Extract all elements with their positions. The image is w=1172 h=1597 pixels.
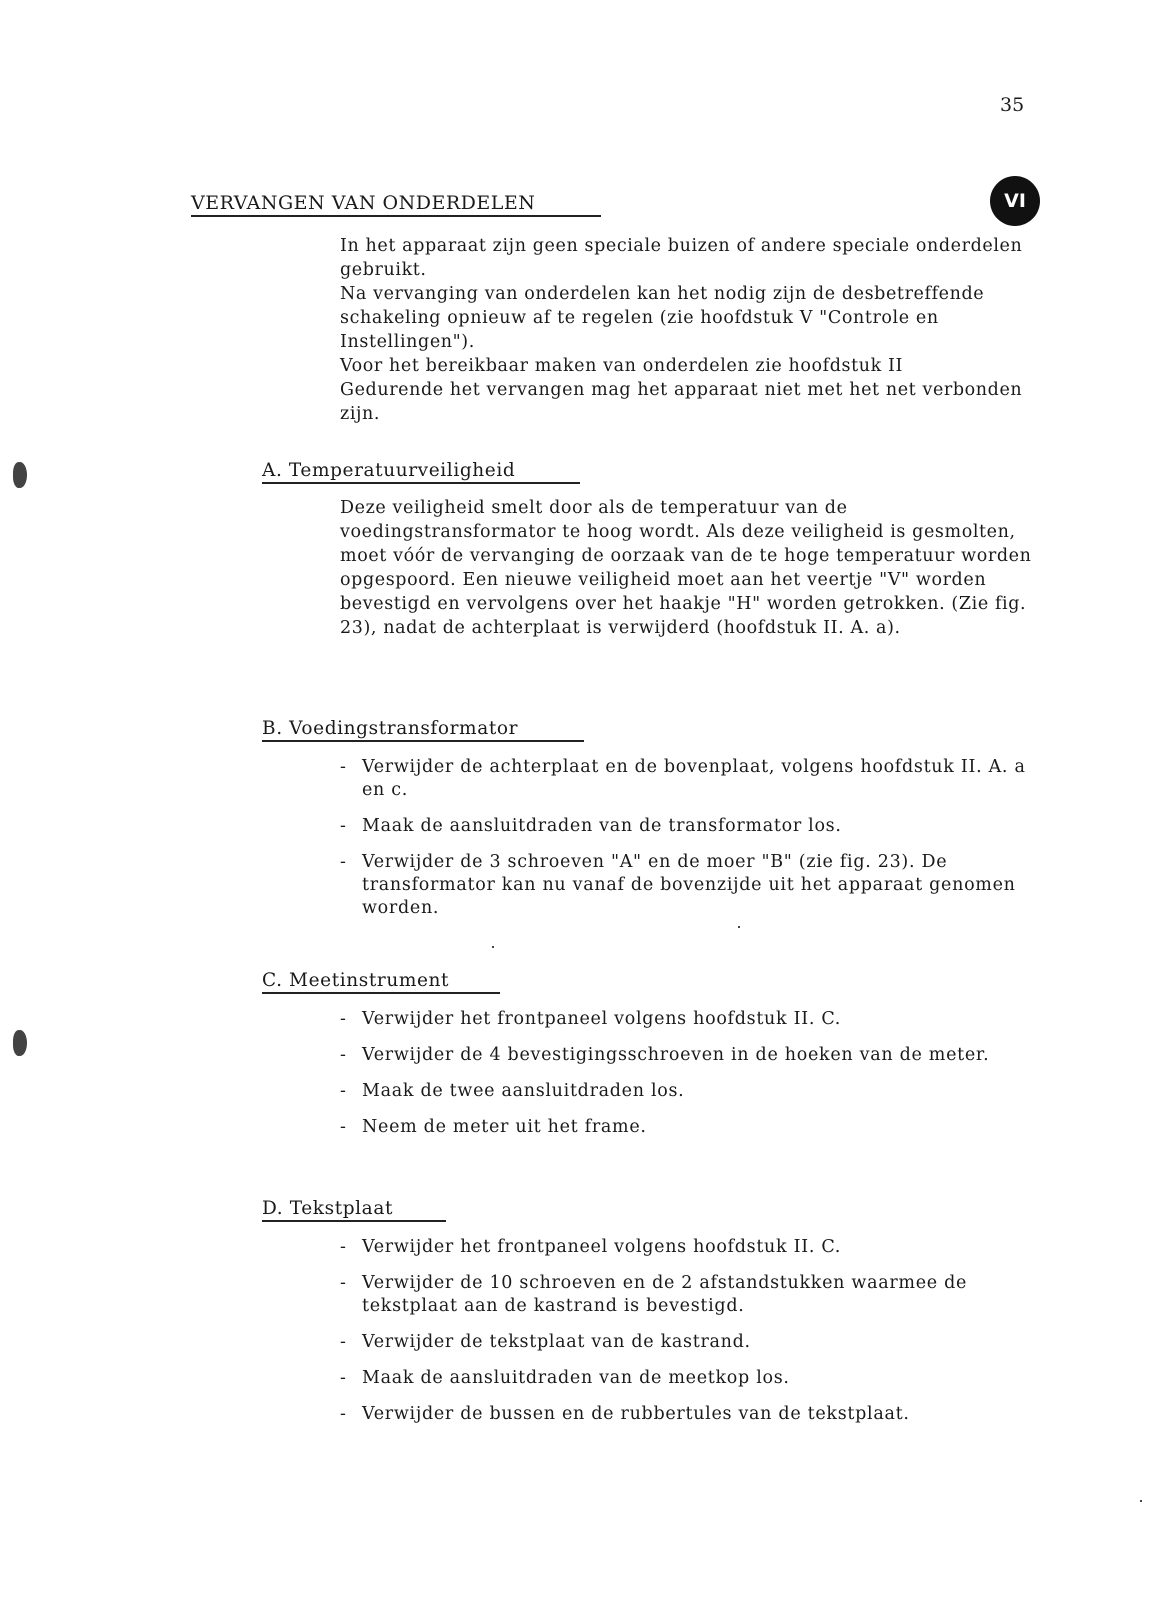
list-item: -Verwijder de bussen en de rubbertules v…	[340, 1403, 1040, 1426]
section-list-b: -Verwijder de achterplaat en de bovenpla…	[340, 756, 1040, 933]
binder-hole-icon	[13, 462, 27, 488]
bullet-dash-icon: -	[340, 851, 347, 874]
binder-hole-icon	[13, 1030, 27, 1056]
list-item: -Maak de aansluitdraden van de meetkop l…	[340, 1367, 1040, 1390]
list-item: -Verwijder de 4 bevestigingsschroeven in…	[340, 1044, 1040, 1067]
list-item: -Verwijder de 10 schroeven en de 2 afsta…	[340, 1272, 1040, 1318]
bullet-dash-icon: -	[340, 1367, 347, 1390]
bullet-dash-icon: -	[340, 1044, 347, 1067]
bullet-dash-icon: -	[340, 1272, 347, 1295]
scan-speck	[492, 946, 494, 948]
bullet-dash-icon: -	[340, 1403, 347, 1426]
scan-speck	[738, 926, 740, 928]
list-item: -Maak de twee aansluitdraden los.	[340, 1080, 1040, 1103]
intro-paragraph: Gedurende het vervangen mag het apparaat…	[340, 378, 1040, 426]
list-item: -Verwijder de achterplaat en de bovenpla…	[340, 756, 1040, 802]
bullet-dash-icon: -	[340, 815, 347, 838]
bullet-dash-icon: -	[340, 1116, 347, 1139]
chapter-title: VERVANGEN VAN ONDERDELEN	[191, 192, 601, 217]
list-item: -Verwijder het frontpaneel volgens hoofd…	[340, 1008, 1040, 1031]
scan-speck	[1140, 1500, 1142, 1502]
bullet-dash-icon: -	[340, 1236, 347, 1259]
list-item: -Verwijder het frontpaneel volgens hoofd…	[340, 1236, 1040, 1259]
intro-paragraph: Voor het bereikbaar maken van onderdelen…	[340, 354, 1040, 378]
bullet-dash-icon: -	[340, 1331, 347, 1354]
section-paragraph: Deze veiligheid smelt door als de temper…	[340, 496, 1040, 640]
chapter-badge: VI	[990, 176, 1040, 226]
list-item: -Maak de aansluitdraden van de transform…	[340, 815, 1040, 838]
intro-text: In het apparaat zijn geen speciale buize…	[340, 234, 1040, 426]
section-heading-c: C. Meetinstrument	[262, 970, 500, 994]
intro-paragraph: Na vervanging van onderdelen kan het nod…	[340, 282, 1040, 354]
bullet-dash-icon: -	[340, 1008, 347, 1031]
list-item: -Verwijder de 3 schroeven "A" en de moer…	[340, 851, 1040, 920]
bullet-dash-icon: -	[340, 756, 347, 779]
section-heading-d: D. Tekstplaat	[262, 1198, 446, 1222]
section-body-a: Deze veiligheid smelt door als de temper…	[340, 496, 1040, 640]
bullet-dash-icon: -	[340, 1080, 347, 1103]
section-list-d: -Verwijder het frontpaneel volgens hoofd…	[340, 1236, 1040, 1439]
list-item: -Verwijder de tekstplaat van de kastrand…	[340, 1331, 1040, 1354]
list-item: -Neem de meter uit het frame.	[340, 1116, 1040, 1139]
intro-paragraph: In het apparaat zijn geen speciale buize…	[340, 234, 1040, 282]
section-heading-a: A. Temperatuurveiligheid	[262, 460, 580, 484]
section-heading-b: B. Voedingstransformator	[262, 718, 584, 742]
section-list-c: -Verwijder het frontpaneel volgens hoofd…	[340, 1008, 1040, 1152]
page-number: 35	[1000, 94, 1024, 116]
